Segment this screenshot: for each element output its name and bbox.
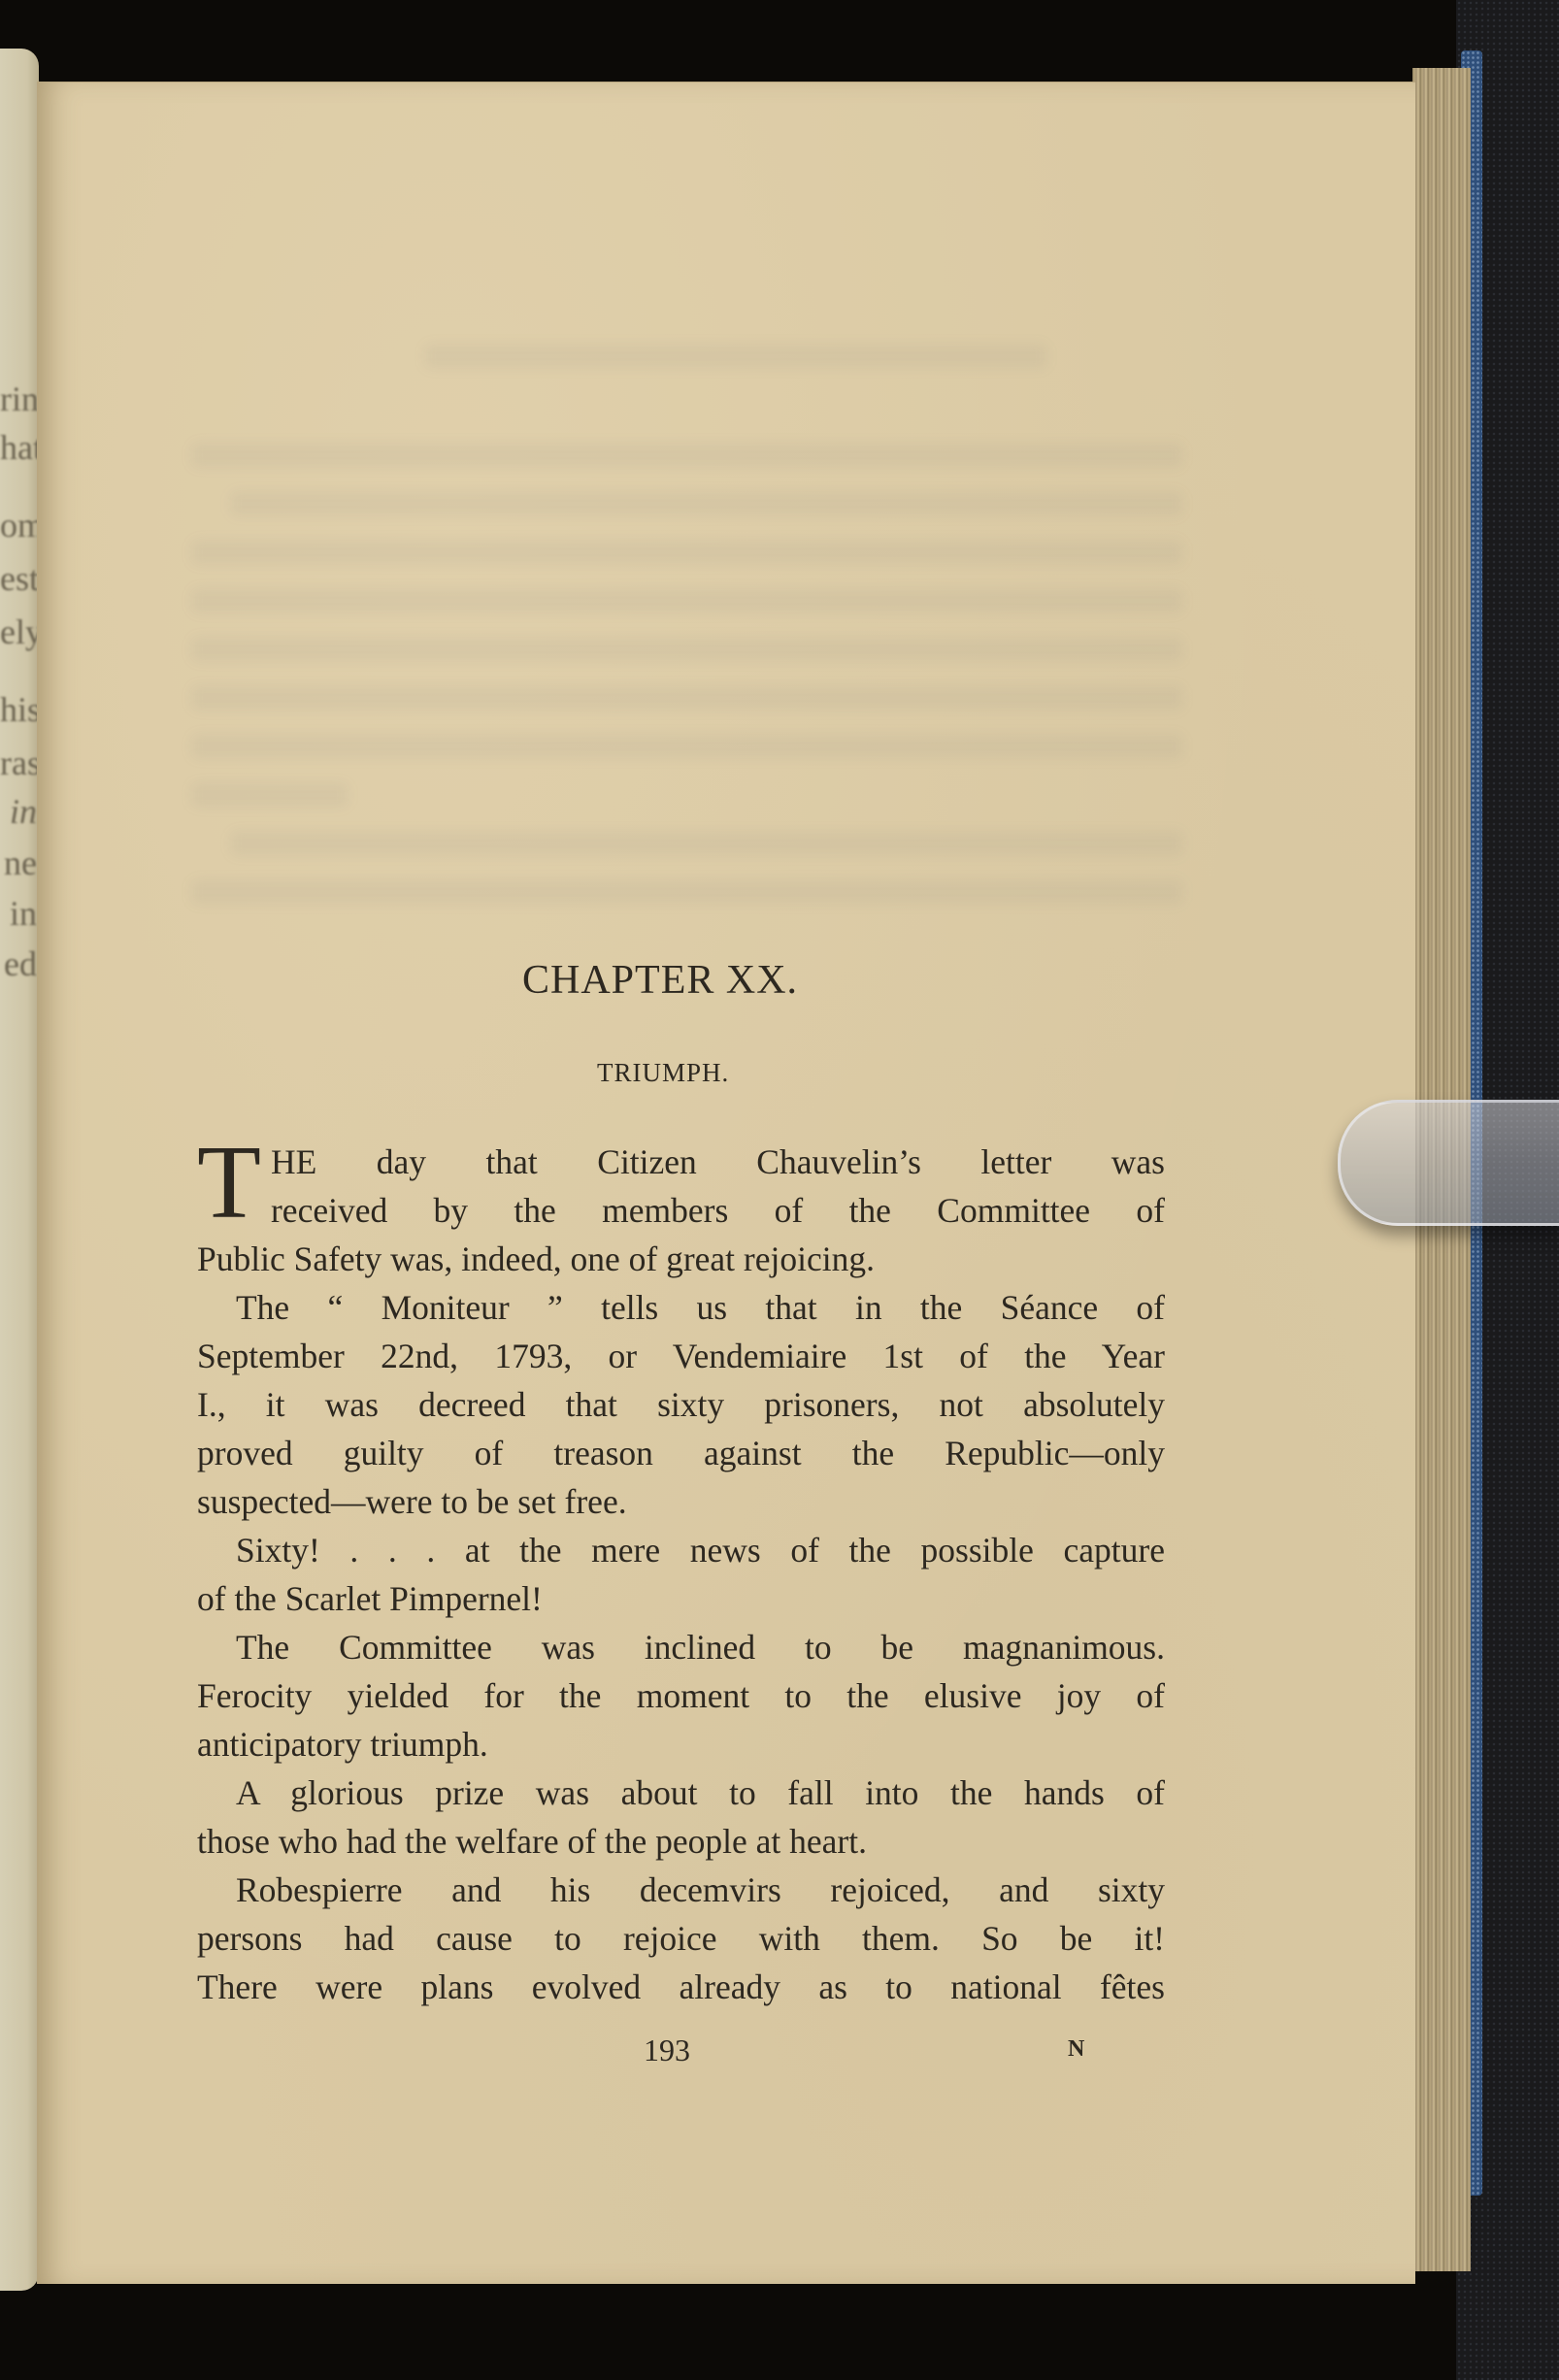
text-line: received by the members of the Committee… <box>197 1186 1165 1235</box>
show-through-text <box>192 638 1182 661</box>
show-through-text <box>192 686 1182 710</box>
paragraph: Robespierre and his decemvirs rejoiced, … <box>197 1866 1165 2011</box>
previous-page-fragment: in <box>0 791 39 832</box>
text-line: proved guilty of treason against the Rep… <box>197 1429 1165 1477</box>
text-line: Public Safety was, indeed, one of great … <box>197 1235 1165 1283</box>
show-through-text <box>425 345 1046 368</box>
paragraph: The Committee was inclined to be magnani… <box>197 1623 1165 1768</box>
signature-mark: N <box>1068 2036 1084 2063</box>
previous-page-edge: ring hat om est ely his ras in ne in ed <box>0 49 39 2291</box>
body-text: T HE day that Citizen Chauvelin’s letter… <box>197 1138 1165 2011</box>
drop-cap: T <box>197 1141 261 1235</box>
paragraph: The “ Moniteur ” tells us that in the Sé… <box>197 1283 1165 1526</box>
paragraph: Sixty! . . . at the mere news of the pos… <box>197 1526 1165 1623</box>
text-line: Sixty! . . . at the mere news of the pos… <box>197 1526 1165 1574</box>
show-through-text <box>192 783 348 807</box>
chapter-title: TRIUMPH. <box>597 1058 729 1088</box>
chapter-heading: CHAPTER XX. <box>522 957 798 1004</box>
previous-page-fragment: his <box>0 689 39 730</box>
text-line: suspected—were to be set free. <box>197 1477 1165 1526</box>
paragraph: T HE day that Citizen Chauvelin’s letter… <box>197 1138 1165 1283</box>
show-through-text <box>231 492 1182 515</box>
text-line: persons had cause to rejoice with them. … <box>197 1914 1165 1963</box>
previous-page-fragment: ely <box>0 612 39 652</box>
text-line: Ferocity yielded for the moment to the e… <box>197 1671 1165 1720</box>
previous-page-fragment: ed <box>0 943 39 984</box>
previous-page-fragment: ring <box>0 379 39 419</box>
text-line: The “ Moniteur ” tells us that in the Sé… <box>197 1283 1165 1332</box>
show-through-text <box>192 589 1182 612</box>
previous-page-fragment: in <box>0 893 39 934</box>
text-line: anticipatory triumph. <box>197 1720 1165 1768</box>
show-through-text <box>192 880 1182 904</box>
paragraph: A glorious prize was about to fall into … <box>197 1768 1165 1866</box>
show-through-text <box>231 832 1182 855</box>
text-line: There were plans evolved already as to n… <box>197 1963 1165 2011</box>
page-number: 193 <box>644 2033 690 2068</box>
text-line: Robespierre and his decemvirs rejoiced, … <box>197 1866 1165 1914</box>
previous-page-fragment: est <box>0 558 39 599</box>
show-through-text <box>192 541 1182 564</box>
text-line: HE day that Citizen Chauvelin’s letter w… <box>197 1138 1165 1186</box>
text-line: those who had the welfare of the people … <box>197 1817 1165 1866</box>
previous-page-fragment: hat <box>0 427 39 468</box>
text-line: September 22nd, 1793, or Vendemiaire 1st… <box>197 1332 1165 1380</box>
text-line: The Committee was inclined to be magnani… <box>197 1623 1165 1671</box>
text-line: of the Scarlet Pimpernel! <box>197 1574 1165 1623</box>
previous-page-fragment: ne <box>0 843 39 883</box>
metal-bookmark-clip <box>1338 1100 1559 1226</box>
show-through-text <box>192 444 1182 467</box>
previous-page-fragment: om <box>0 505 39 545</box>
text-line: I., it was decreed that sixty prisoners,… <box>197 1380 1165 1429</box>
previous-page-fragment: ras <box>0 743 39 783</box>
show-through-text <box>192 735 1182 758</box>
text-line: A glorious prize was about to fall into … <box>197 1768 1165 1817</box>
